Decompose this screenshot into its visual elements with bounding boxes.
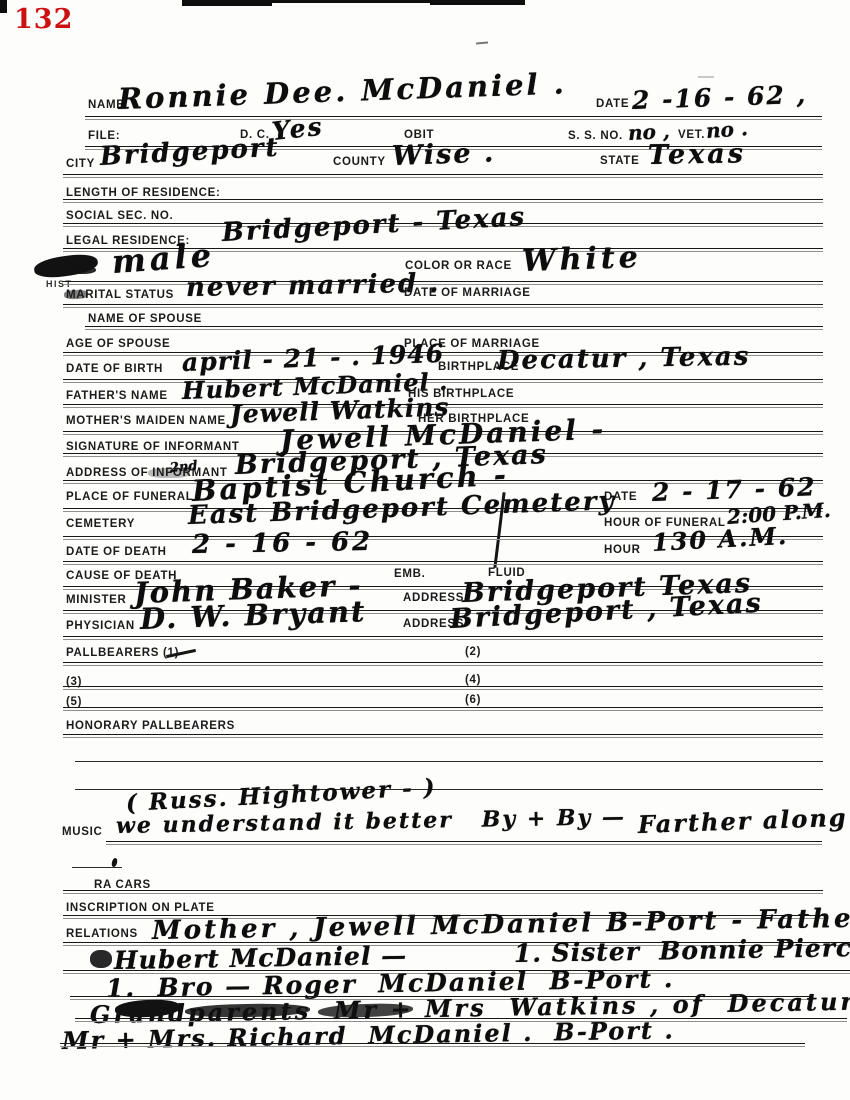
underline-rule [72, 867, 122, 868]
underline-rule [85, 326, 823, 330]
color-or-race-value: White [521, 240, 642, 279]
cemetery-label: CEMETERY [66, 518, 135, 530]
fathers-name-label: FATHER'S NAME [66, 390, 168, 402]
page-number: 132 [14, 4, 73, 35]
pallbearer-2-label: (2) [465, 646, 481, 658]
scan-artifact-corner [0, 0, 7, 13]
social-sec-no-label: SOCIAL SEC. NO. [66, 210, 173, 222]
physician-label: PHYSICIAN [66, 620, 135, 632]
length-of-residence-label: LENGTH OF RESIDENCE: [66, 187, 221, 199]
scanned-funeral-record: 132 NAME Ronnie Dee. McDaniel . DATE 2 -… [0, 0, 850, 1100]
city-value: Bridgeport [99, 133, 280, 172]
ink-smudge [64, 290, 88, 300]
age-of-spouse-label: AGE OF SPOUSE [66, 338, 170, 350]
pallbearer-4-label: (4) [465, 674, 481, 686]
inscription-on-plate-label: INSCRIPTION ON PLATE [66, 902, 215, 914]
hour-value: 130 A.M. [651, 521, 789, 557]
underline-rule [63, 636, 823, 640]
mothers-maiden-name-label: MOTHER'S MAIDEN NAME [66, 415, 226, 427]
music-value-2: Farther along [637, 803, 848, 839]
marital-status-value: never married . [186, 269, 441, 303]
underline-rule [63, 662, 823, 666]
scan-artifact-bar [262, 0, 442, 3]
scan-artifact-dash [698, 76, 714, 78]
ink-scribble [90, 950, 112, 968]
scan-artifact-bar [182, 0, 272, 6]
city-label: CITY [66, 158, 95, 170]
scan-artifact-dash [476, 41, 488, 44]
emb-label: EMB. [394, 568, 426, 580]
date-value: 2 -16 - 62 , [631, 80, 807, 115]
date-label: DATE [596, 98, 629, 110]
underline-rule [75, 761, 823, 762]
underline-rule [106, 841, 822, 845]
date-of-death-value: 2 - 16 - 62 [192, 527, 374, 560]
name-of-spouse-label: NAME OF SPOUSE [88, 313, 202, 325]
pallbearer-6-label: (6) [465, 694, 481, 706]
underline-rule [63, 174, 823, 178]
minister-address-label: ADDRESS [403, 592, 464, 604]
state-value: Texas [648, 138, 746, 171]
name-value: Ronnie Dee. McDaniel . [117, 66, 567, 116]
date-of-marriage-label: DATE OF MARRIAGE [404, 287, 531, 299]
county-label: COUNTY [333, 156, 386, 168]
honorary-pallbearers-label: HONORARY PALLBEARERS [66, 720, 235, 732]
underline-rule [63, 304, 823, 308]
birthplace-value: Decatur , Texas [497, 342, 751, 376]
ink-tick [111, 858, 118, 868]
underline-rule [63, 734, 823, 738]
underline-rule [63, 199, 823, 203]
date-of-death-label: DATE OF DEATH [66, 546, 167, 558]
date-of-birth-label: DATE OF BIRTH [66, 363, 163, 375]
place-of-funeral-label: PLACE OF FUNERAL [66, 491, 193, 503]
ink-scribble [66, 266, 96, 274]
ssno-label: S. S. NO. [568, 130, 623, 142]
underline-rule [63, 561, 823, 565]
music-label: MUSIC [62, 826, 103, 838]
legal-residence-value: Bridgeport - Texas [221, 202, 527, 248]
underline-rule [63, 890, 823, 894]
underline-rule [63, 686, 823, 690]
scan-artifact-bar [430, 0, 525, 5]
underline-rule [60, 1043, 805, 1047]
relations-label: RELATIONS [66, 928, 138, 940]
underline-rule [63, 281, 823, 285]
underline-rule [63, 707, 823, 711]
county-value: Wise . [391, 137, 495, 172]
minister-label: MINISTER [66, 594, 127, 606]
physician-value: D. W. Bryant [139, 594, 367, 636]
state-label: STATE [600, 155, 640, 167]
hour-label: HOUR [604, 544, 641, 556]
signature-of-informant-label: SIGNATURE OF INFORMANT [66, 441, 240, 453]
